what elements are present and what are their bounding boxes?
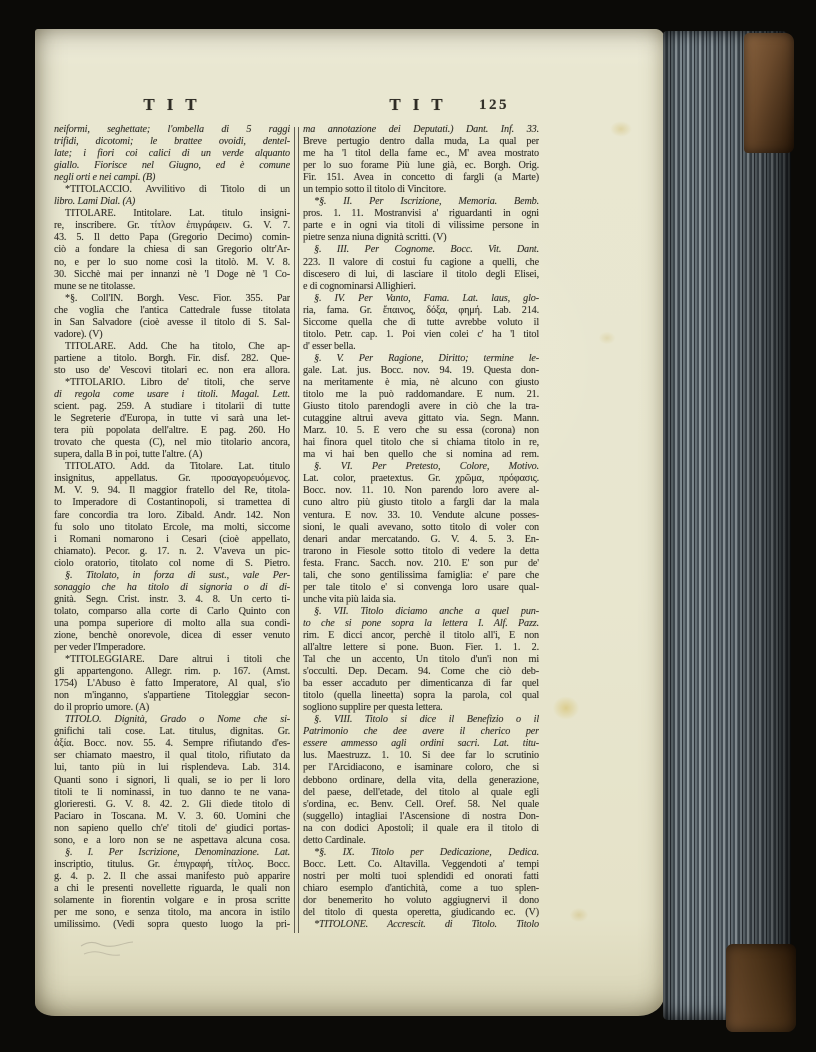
text-line: lus. Maestruzz. 1. 10. Si dee far lo scr… — [303, 750, 539, 762]
text-line: tera più popolata dell'altre. E pag. 260… — [54, 425, 290, 437]
text-line: titolo. Petr. cap. 1. Poi vien colei c' … — [303, 329, 539, 341]
text-line: insignitus, appellatus. Gr. προσαγορευόμ… — [54, 473, 290, 485]
text-line: cutaggine altrui aveva gittato via. Segn… — [303, 413, 539, 425]
page-number: 125 — [479, 97, 519, 114]
text-line: §. VII. Titolo diciamo anche a quel pun- — [303, 606, 539, 618]
text-line: (suggello) intagliai l'Ascensione di nos… — [303, 811, 539, 823]
text-line: *TITOLARIO. Libro de' titoli, che serve — [54, 377, 290, 389]
text-line: Giusto titolo parendogli avere in ciò ch… — [303, 401, 539, 413]
column-divider-rule — [294, 127, 299, 933]
running-head-left: T I T — [54, 95, 290, 115]
scan-background: { "page": { "running_head_left": "T I T"… — [0, 0, 816, 1052]
text-column-right: ma annotazione dei Deputati.) Dant. Inf.… — [303, 124, 539, 931]
text-line: 30. Sicchè mai per innanzi nè 'l Doge nè… — [54, 269, 290, 281]
text-line: ba esser accaduto per dimenticanza di fa… — [303, 678, 539, 690]
text-line: sogliono supplire per questa lettera. — [303, 702, 539, 714]
text-line: M. V. 9. 94. Il maggior fratello del Re,… — [54, 485, 290, 497]
text-line: supera, dalla B in poi, tutte l'altre. (… — [54, 449, 290, 461]
text-line: per tale titolo e' si convenga loro usar… — [303, 582, 539, 594]
text-line: umilissimo. (Vedi sopra questo luogo la … — [54, 919, 290, 931]
text-line: gnità. Segn. Crist. instr. 3. 4. 8. Un c… — [54, 594, 290, 606]
text-line: festa. Franc. Sacch. nov. 210. E' son pu… — [303, 558, 539, 570]
text-line: per me sono, e senza titolo, ma ancora i… — [54, 907, 290, 919]
text-line: libro. Lami Dial. (A) — [54, 196, 290, 208]
text-line: chiaro esemplo d'antichità, come a tuo s… — [303, 883, 539, 895]
text-line: 1754) L'Abuso è fatto Imperatore, Al qua… — [54, 678, 290, 690]
text-line: trarono in Fiesole sotto titolo di veder… — [303, 546, 539, 558]
text-line: per veder l'Imperadore. — [54, 642, 290, 654]
text-line: gale. Lat. jus. Bocc. nov. 94. 19. Quest… — [303, 365, 539, 377]
text-line: 43. 5. Il detto Papa (Gregorio Decimo) c… — [54, 232, 290, 244]
text-line: vadore). (V) — [54, 329, 290, 341]
text-line: to Imperadore di Costantinopoli, si tram… — [54, 497, 290, 509]
text-line: partiene a titolo. Borgh. Fir. disf. 282… — [54, 353, 290, 365]
fore-edge-page-stack — [663, 31, 791, 1020]
text-line: no, e per lo suo nome così la titolò. M.… — [54, 257, 290, 269]
text-line: neiformi, seghettate; l'ombella di 5 rag… — [54, 124, 290, 136]
text-line: sonaggio che ha titolo di signoria o di … — [54, 582, 290, 594]
text-line: Fir. 151. Avea in concetto di fargli (a … — [303, 172, 539, 184]
text-line: §. I. Per Iscrizione, Denominazione. Lat… — [54, 847, 290, 859]
text-line: Breve pertugio dentro dalla muda, La qua… — [303, 136, 539, 148]
text-line: che voglia che l'antica Cattedrale fusse… — [54, 305, 290, 317]
text-line: essere ammesso agli ordini sacri. Lat. t… — [303, 738, 539, 750]
text-column-left: neiformi, seghettate; l'ombella di 5 rag… — [54, 124, 290, 931]
text-line: na meritamente è mia, nè alcuno con gius… — [303, 377, 539, 389]
text-line: giallo. Fiorisce nel Giugno, ed è comune — [54, 160, 290, 172]
text-line: ma vi hai ben quello che si nomina ad re… — [303, 449, 539, 461]
text-line: Siccome quella che di tutte avrebbe volu… — [303, 317, 539, 329]
text-line: TITOLATO. Add. da Titolare. Lat. titulo — [54, 461, 290, 473]
text-line: ria, fama. Gr. ἔπαινος, δόξα, φημή. Lab.… — [303, 305, 539, 317]
text-line: 223. Il valore di costui fu cagione a qu… — [303, 257, 539, 269]
text-line: *TITOLEGGIARE. Dare altrui i titoli che — [54, 654, 290, 666]
text-line: TITOLO. Dignità, Grado o Nome che si- — [54, 714, 290, 726]
text-line: pietre senza niuna dignità scritti. (V) — [303, 232, 539, 244]
text-line: re, inscribere. Gr. τίτλον ἐπιγράφειν. G… — [54, 220, 290, 232]
text-line: Marz. 10. 5. È vero che su essa (corona)… — [303, 425, 539, 437]
foxing-spot — [606, 118, 636, 140]
text-line: ma annotazione dei Deputati.) Dant. Inf.… — [303, 124, 539, 136]
text-line: ἀξία. Bocc. nov. 55. 4. Sempre rifiutand… — [54, 738, 290, 750]
text-line: le Segreterie d'Europa, in tutte vi sarà… — [54, 413, 290, 425]
text-line: mune se ne titolasse. — [54, 281, 290, 293]
text-line: unche vita più laida sia. — [303, 594, 539, 606]
text-line: TITOLARE. Intitolare. Lat. titulo insign… — [54, 208, 290, 220]
text-line: na con dodici Apostoli; il quale era il … — [303, 823, 539, 835]
text-line: dor benemerito ho voluto aggiugnervi il … — [303, 895, 539, 907]
text-line: Lat. color, praetextus. Gr. χρῶμα, πρόφα… — [303, 473, 539, 485]
text-line: pros. 1. 11. Mostranvisi a' riguardanti … — [303, 208, 539, 220]
text-line: solamente in fiorentin volgare e in pros… — [54, 895, 290, 907]
text-line: trifidi, dicotomi; le brattee ovoidi, de… — [54, 136, 290, 148]
text-line: gli appartengono. Allegr. rim. p. 167. (… — [54, 666, 290, 678]
text-line: fu solo uno titolato Ercole, ma molti, s… — [54, 522, 290, 534]
text-line: ciolo oratorio, titolato col nome di S. … — [54, 558, 290, 570]
text-line: non m'inganno, s'appartiene Titoleggiar … — [54, 690, 290, 702]
text-line: *TITOLONE. Accrescit. di Titolo. Titolo — [303, 919, 539, 931]
text-line: Paciaro in Toscana. M. V. 3. 60. Uomini … — [54, 811, 290, 823]
text-line: debbono ordinare, della vita, della gene… — [303, 775, 539, 787]
text-line: glorieresti. G. V. 8. 42. 2. Gli diede t… — [54, 799, 290, 811]
text-line: g. 4. p. 2. Il che assai manifesto può a… — [54, 871, 290, 883]
pencil-mark — [78, 938, 148, 964]
text-line: Patrimonio che dee avere il cherico per — [303, 726, 539, 738]
text-line: all'altre lettere si pone. Buon. Fier. 1… — [303, 642, 539, 654]
text-line: Bocc. nov. 11. 10. Non parendo loro aver… — [303, 485, 539, 497]
text-line: lui, tanto più in lui risplendeva. Lab. … — [54, 762, 290, 774]
text-line: *§. II. Per Iscrizione, Memoria. Bemb. — [303, 196, 539, 208]
text-line: non sapieno quello ch'e' titoli de' giud… — [54, 823, 290, 835]
text-line: di regola come usare i titoli. Magal. Le… — [54, 389, 290, 401]
text-line: scient. pag. 259. A studiare i titolarii… — [54, 401, 290, 413]
text-line: *§. Coll'IN. Borgh. Vesc. Fior. 355. Par — [54, 293, 290, 305]
text-line: TITOLARE. Add. Che ha titolo, Che ap- — [54, 341, 290, 353]
text-line: §. V. Per Ragione, Diritto; termine le- — [303, 353, 539, 365]
text-line: d' esser bella. — [303, 341, 539, 353]
text-line: nostri per molti tuoi splendidi ed onora… — [303, 871, 539, 883]
text-line: Bocc. Lett. Co. Altavilla. Veggendoti a'… — [303, 859, 539, 871]
text-line: titolo (quella lineetta) sopra la parola… — [303, 690, 539, 702]
binding-leather-bottom — [726, 944, 796, 1032]
text-line: sto uso de' Vescovi titolari ec. non era… — [54, 365, 290, 377]
text-line: ventura. E nov. 33. 10. Vendute alcune p… — [303, 510, 539, 522]
text-line: i Romani nomarono i Cesari (cioè appella… — [54, 534, 290, 546]
text-line: del titolo di questa operetta, giudicand… — [303, 907, 539, 919]
binding-leather-top — [744, 33, 794, 153]
text-line: zione, benchè onorevole, dicea di esser … — [54, 630, 290, 642]
text-line: Quanti sono i signori, li quali, se io p… — [54, 775, 290, 787]
text-line: hai finora quel titolo che si chiama tit… — [303, 437, 539, 449]
text-line: e di cognominarsi Allighieri. — [303, 281, 539, 293]
text-line: tolato, comparso alla corte di Carlo Qui… — [54, 606, 290, 618]
text-line: negli orti e nei campi. (B) — [54, 172, 290, 184]
text-line: §. VI. Per Pretesto, Colore, Motivo. — [303, 461, 539, 473]
text-line: sioni, le quali avevano, sotto titolo di… — [303, 522, 539, 534]
text-line: a chi le presenti novellette riguarda, l… — [54, 883, 290, 895]
text-line: to che si pone sopra la lettera I. Alf. … — [303, 618, 539, 630]
text-line: ser chiamato maestro, il qual titolo, ri… — [54, 750, 290, 762]
text-line: §. VIII. Titolo si dice il Benefizio o i… — [303, 714, 539, 726]
text-line: late; i fiori coi calici di un verde alq… — [54, 148, 290, 160]
text-line: una pompa superiore di molto alla sua co… — [54, 618, 290, 630]
text-line: del paese, dell'etade, del titolo al qua… — [303, 787, 539, 799]
text-line: s'occulti. Dep. Decam. 94. Come che ciò … — [303, 666, 539, 678]
text-line: trovato che questa (C), nel mio titolari… — [54, 437, 290, 449]
text-line: titoli te li nominassi, in tuo danno te … — [54, 787, 290, 799]
text-line: detto Cardinale. — [303, 835, 539, 847]
text-line: denari andar mercatando. G. V. 4. 5. 3. … — [303, 534, 539, 546]
text-line: fare concordia tra loro. Zibald. Andr. 1… — [54, 510, 290, 522]
text-line: titolo me la può raddomandare. E num. 21… — [303, 389, 539, 401]
foxing-spot — [566, 905, 592, 925]
text-line: me ha 'l titol della fame ec., M' avea m… — [303, 148, 539, 160]
text-line: ciò a fondare la chiesa di san Gregorio … — [54, 244, 290, 256]
text-line: inscriptio, titulus. Gr. ἐπιγραφή, τίτλο… — [54, 859, 290, 871]
text-line: Tal che un accento, Un titolo d'un'i non… — [303, 654, 539, 666]
text-line: *§. IX. Titolo per Dedicazione, Dedica. — [303, 847, 539, 859]
text-line: rim. E dicci ancor, perchè il titolo all… — [303, 630, 539, 642]
text-line: in San Salvadore (cioè avesse il titolo … — [54, 317, 290, 329]
text-line: chiamato). Pecor. g. 17. n. 2. V'aveva u… — [54, 546, 290, 558]
text-line: do il proprio umore. (A) — [54, 702, 290, 714]
text-line: §. IV. Per Vanto, Fama. Lat. laus, glo- — [303, 293, 539, 305]
text-line: parte e in ogni via titoli di vilissime … — [303, 220, 539, 232]
text-line: s'ordina, ec. Benv. Cell. Oref. 58. Nel … — [303, 799, 539, 811]
text-line: §. III. Per Cognome. Bocc. Vit. Dant. — [303, 244, 539, 256]
text-line: per l'Arcidiacono, e isaminare coloro, c… — [303, 762, 539, 774]
text-line: §. Titolato, in forza di sust., vale Per… — [54, 570, 290, 582]
text-line: sono, e a loro non se ne aspettava alcun… — [54, 835, 290, 847]
text-line: cuno altro più giusto titolo a fargli da… — [303, 497, 539, 509]
text-line: per lo suo forame Più lune già, ec. Borg… — [303, 160, 539, 172]
text-line: *TITOLACCIO. Avvilitivo di Titolo di un — [54, 184, 290, 196]
foxing-spot — [595, 329, 619, 347]
text-line: un tempio sotto il titolo di Vincitore. — [303, 184, 539, 196]
text-line: gnifichi tali cose. Lat. titulus, dignit… — [54, 726, 290, 738]
text-line: discesero di lui, di lasciare il titolo … — [303, 269, 539, 281]
foxing-spot — [547, 691, 585, 725]
text-line: tali, che sono gentilissima famiglia: e'… — [303, 570, 539, 582]
